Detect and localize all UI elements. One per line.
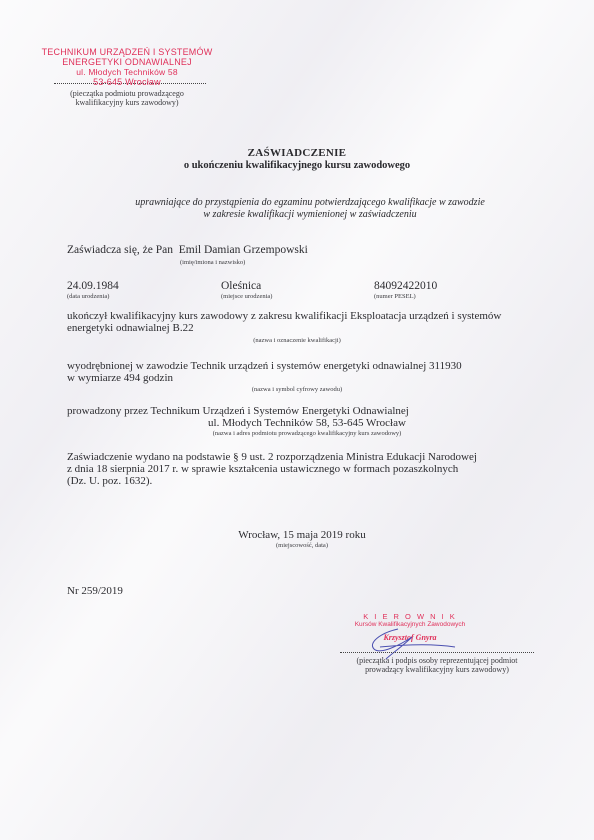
stamp-caption-line: (pieczątka podmiotu prowadzącego (52, 89, 202, 98)
qualification-text: ukończył kwalifikacyjny kurs zawodowy z … (67, 310, 537, 334)
profession-line: wyodrębnionej w zawodzie Technik urządze… (67, 360, 537, 372)
signature-caption-line: prowadzący kwalifikacyjny kurs zawodowy) (330, 665, 544, 674)
intro-line: uprawniające do przystąpienia do egzamin… (90, 197, 530, 209)
qualification-line: energetyki odnawialnej B.22 (67, 322, 537, 334)
provider-line1: prowadzony przez Technikum Urządzeń i Sy… (67, 405, 409, 417)
document-subtitle: o ukończeniu kwalifikacyjnego kursu zawo… (0, 160, 594, 171)
qualification-line: ukończył kwalifikacyjny kurs zawodowy z … (67, 310, 537, 322)
pesel-caption: (numer PESEL) (374, 293, 416, 301)
birth-date: 24.09.1984 (67, 280, 119, 292)
legal-basis-line: (Dz. U. poz. 1632). (67, 475, 547, 487)
intro-text: uprawniające do przystąpienia do egzamin… (90, 197, 530, 221)
birth-date-caption: (data urodzenia) (67, 293, 109, 301)
legal-basis: Zaświadczenie wydano na podstawie § 9 us… (67, 451, 547, 487)
stamp-caption: (pieczątka podmiotu prowadzącego kwalifi… (52, 89, 202, 107)
stamp-caption-line: kwalifikacyjny kurs zawodowy) (52, 98, 202, 107)
intro-line: w zakresie kwalifikacji wymienionej w za… (90, 209, 530, 221)
stamp-line: ENERGETYKI ODNAWIALNEJ (38, 57, 216, 67)
person-name: Emil Damian Grzempowski (179, 244, 308, 256)
handwritten-signature-icon (360, 625, 470, 660)
person-name-caption: (imię/imiona i nazwisko) (180, 259, 245, 267)
legal-basis-line: z dnia 18 sierpnia 2017 r. w sprawie ksz… (67, 463, 547, 475)
birth-place: Oleśnica (221, 280, 261, 292)
profession-line: w wymiarze 494 godzin (67, 372, 537, 384)
certificate-number: Nr 259/2019 (67, 585, 123, 597)
profession-caption: (nazwa i symbol cyfrowy zawodu) (0, 386, 594, 394)
stamp-line: ul. Młodych Techników 58 (38, 67, 216, 77)
signature-caption: (pieczątka i podpis osoby reprezentujące… (330, 656, 544, 674)
legal-basis-line: Zaświadczenie wydano na podstawie § 9 us… (67, 451, 547, 463)
signature-caption-line: (pieczątka i podpis osoby reprezentujące… (330, 656, 544, 665)
place-date-caption: (miejscowość, data) (0, 542, 594, 550)
person-prefix: Zaświadcza się, że Pan (67, 244, 173, 256)
qualification-caption: (nazwa i oznaczenie kwalifikacji) (0, 337, 594, 345)
pesel-number: 84092422010 (374, 280, 437, 292)
document-title: ZAŚWIADCZENIE (0, 147, 594, 159)
profession-text: wyodrębnionej w zawodzie Technik urządze… (67, 360, 537, 384)
signature-line (340, 652, 534, 653)
provider-line2: ul. Młodych Techników 58, 53-645 Wrocław (0, 417, 594, 429)
person-line: Zaświadcza się, że Pan Emil Damian Grzem… (67, 244, 308, 256)
stamp-line: 53-645 Wrocław (38, 77, 216, 87)
place-date: Wrocław, 15 maja 2019 roku (0, 529, 594, 541)
birth-place-caption: (miejsce urodzenia) (221, 293, 272, 301)
stamp-line: TECHNIKUM URZĄDZEŃ I SYSTEMÓW (38, 47, 216, 57)
institution-stamp: TECHNIKUM URZĄDZEŃ I SYSTEMÓW ENERGETYKI… (38, 47, 216, 87)
stamp-title: K I E R O W N I K (350, 612, 470, 621)
provider-caption: (nazwa i adres podmiotu prowadzącego kwa… (0, 430, 594, 438)
